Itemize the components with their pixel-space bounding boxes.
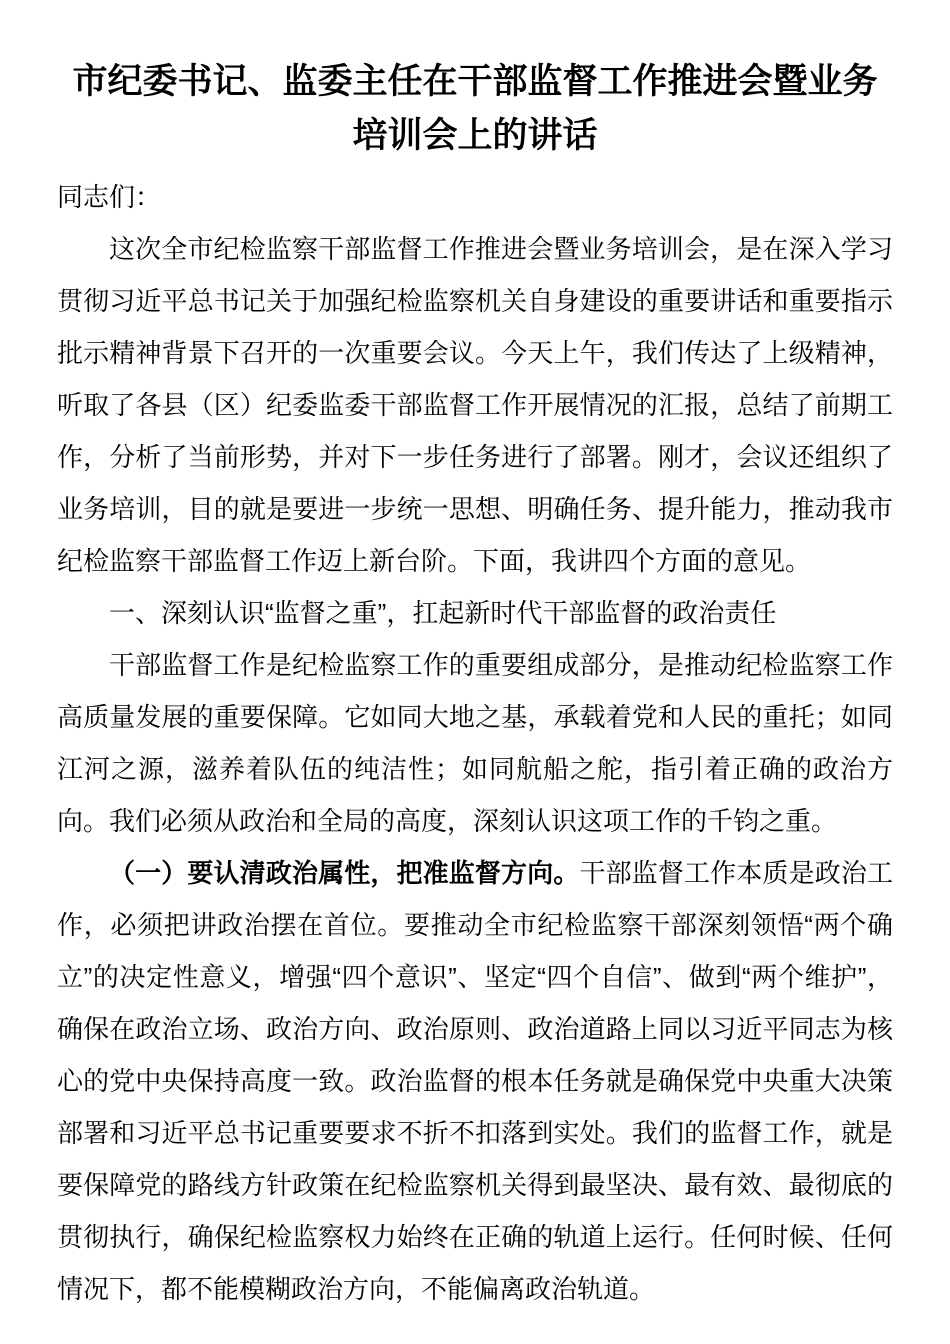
subsection-one-paragraph: （一）要认清政治属性，把准监督方向。干部监督工作本质是政治工作，必须把讲政治摆在… <box>57 847 893 1315</box>
intro-paragraph: 这次全市纪检监察干部监督工作推进会暨业务培训会，是在深入学习贯彻习近平总书记关于… <box>57 223 893 587</box>
subsection-one-bold-lead: （一）要认清政治属性，把准监督方向。 <box>109 858 579 888</box>
salutation: 同志们： <box>57 171 893 223</box>
subsection-one-body-text: 干部监督工作本质是政治工作，必须把讲政治摆在首位。要推动全市纪检监察干部深刻领悟… <box>57 858 893 1304</box>
section-one-heading: 一、深刻认识“监督之重”，扛起新时代干部监督的政治责任 <box>57 587 893 639</box>
document-page: 市纪委书记、监委主任在干部监督工作推进会暨业务培训会上的讲话 同志们： 这次全市… <box>0 0 950 1344</box>
section-one-intro-paragraph: 干部监督工作是纪检监察工作的重要组成部分，是推动纪检监察工作高质量发展的重要保障… <box>57 639 893 847</box>
document-title: 市纪委书记、监委主任在干部监督工作推进会暨业务培训会上的讲话 <box>57 55 893 163</box>
